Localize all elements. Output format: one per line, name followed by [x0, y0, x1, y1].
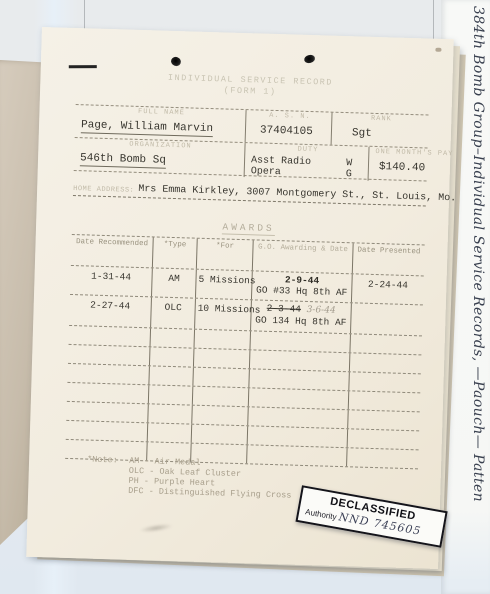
empty-cell: [193, 387, 250, 407]
empty-cell: [148, 404, 193, 423]
empty-cell: [250, 331, 350, 352]
duty-line: Asst Radio Opera W G: [251, 155, 365, 180]
empty-cell: [68, 345, 150, 365]
rank-value: Sgt: [352, 127, 372, 140]
pay-label: ONE MONTH'S PAY: [375, 148, 423, 157]
empty-cell: [67, 364, 149, 384]
authority-label: Authority: [305, 507, 338, 521]
empty-cell: [69, 326, 151, 346]
r2-go-order: GO 134 Hq 8th AF: [253, 314, 348, 328]
empty-cell: [192, 425, 249, 445]
empty-cell: [150, 347, 195, 366]
field-full-name: FULL NAME Page, William Marvin: [75, 105, 246, 142]
empty-cell: [249, 388, 349, 409]
r1-go: 2-9-44 GO #33 Hq 8th AF: [252, 271, 353, 302]
empty-cell: [350, 353, 422, 373]
empty-cell: [348, 410, 420, 430]
empty-cell: [148, 423, 193, 442]
r1-go-order: GO #33 Hq 8th AF: [254, 284, 349, 298]
r2-go-date-struck: 2-3-44: [267, 303, 302, 315]
duty-value: Asst Radio Opera: [251, 155, 347, 180]
field-pay: ONE MONTH'S PAY $140.40: [368, 147, 428, 183]
field-asn: A. S. N. 37404105: [245, 110, 332, 145]
pay-value: $140.40: [379, 161, 426, 174]
header-fields: FULL NAME Page, William Marvin A. S. N. …: [73, 104, 429, 206]
empty-cell: [248, 426, 348, 447]
home-address-label: HOME ADDRESS:: [73, 185, 134, 195]
fastener-hole: [303, 54, 316, 64]
pencil-smudge: [139, 522, 174, 534]
form-title: INDIVIDUAL SERVICE RECORD (FORM 1): [140, 72, 361, 101]
r2-date-presented: [351, 303, 423, 335]
asn-label: A. S. N.: [252, 111, 327, 121]
rank-label: RANK: [338, 114, 424, 125]
document-page: INDIVIDUAL SERVICE RECORD (FORM 1) FULL …: [26, 27, 454, 569]
empty-cell: [250, 350, 350, 371]
empty-cell: [349, 391, 421, 411]
empty-cell: [192, 406, 249, 426]
home-address-value: Mrs Emma Kirkley, 3007 Montgomery St., S…: [138, 184, 456, 204]
r1-type: AM: [152, 268, 197, 297]
paper-speck: [435, 48, 441, 52]
pencil-dash-mark: [69, 65, 97, 68]
empty-cell: [149, 385, 194, 404]
empty-cell: [249, 369, 349, 390]
note-label: *Note:: [87, 455, 118, 466]
fastener-hole: [170, 55, 183, 67]
r1-for: 5 Missions: [196, 270, 253, 300]
r2-for: 10 Missions: [195, 299, 252, 331]
col-for: *For: [197, 239, 254, 271]
col-date-recommended: Date Recommended: [71, 235, 154, 267]
full-name-value: Page, William Marvin: [81, 119, 213, 137]
awards-heading-text: AWARDS: [222, 221, 275, 236]
empty-cell: [195, 330, 252, 350]
r1-date-recommended: 1-31-44: [70, 266, 153, 296]
empty-cell: [149, 366, 194, 385]
empty-cell: [347, 448, 419, 468]
declassified-stamp: DECLASSIFIED Authority NND 745605: [295, 485, 447, 548]
col-type: *Type: [153, 237, 198, 268]
empty-cell: [349, 372, 421, 392]
empty-cell: [66, 402, 148, 422]
duty-code: W G: [346, 158, 365, 181]
r2-go-date-handwritten: 3-6-44: [306, 305, 335, 316]
field-organization: ORGANIZATION 546th Bomb Sq: [74, 138, 245, 177]
r2-go: 2-3-44 3-6-44 GO 134 Hq 8th AF: [251, 300, 352, 333]
empty-cell: [350, 334, 422, 354]
r2-date-recommended: 2-27-44: [69, 295, 152, 327]
full-name-label: FULL NAME: [81, 106, 241, 119]
col-go: G.O. Awarding & Date: [253, 240, 354, 273]
empty-cell: [194, 349, 251, 369]
duty-label: DUTY: [251, 144, 364, 155]
empty-cell: [348, 429, 420, 449]
col-date-presented: Date Presented: [353, 243, 425, 275]
empty-cell: [193, 368, 250, 388]
photo-scene: 384th Bomb Group–Individual Service Reco…: [0, 0, 490, 594]
thread-line: [433, 0, 434, 40]
r1-date-presented: 2-24-44: [352, 274, 424, 304]
margin-handwriting: 384th Bomb Group–Individual Service Reco…: [470, 6, 486, 572]
awards-table: Date Recommended *Type *For G.O. Awardin…: [65, 234, 425, 469]
field-duty: DUTY Asst Radio Opera W G: [244, 143, 369, 181]
field-rank: RANK Sgt: [331, 113, 429, 148]
empty-cell: [248, 407, 348, 428]
empty-cell: [67, 383, 149, 403]
empty-cell: [66, 421, 148, 441]
asn-value: 37404105: [260, 125, 313, 139]
r2-type: OLC: [151, 297, 196, 328]
empty-cell: [151, 328, 196, 347]
note-lines: AM - Air Medal OLC - Oak Leaf Cluster PH…: [128, 456, 292, 501]
organization-value: 546th Bomb Sq: [80, 152, 166, 169]
